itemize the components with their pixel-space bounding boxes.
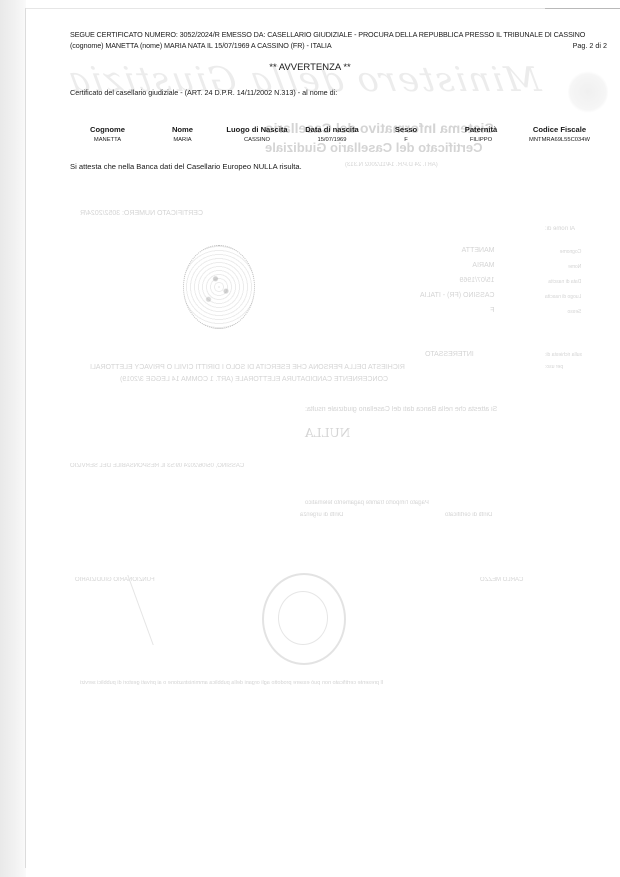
intro-text: Certificato del casellario giudiziale - … [70,88,337,97]
column-nome: Nome MARIA [165,125,200,143]
column-header: Codice Fiscale [522,125,597,134]
column-header: Nome [165,125,200,134]
column-data-nascita: Data di nascita 15/07/1969 [302,125,362,143]
ghost-notice: Il presente certificato non può essere p… [80,680,383,686]
column-header: Data di nascita [302,125,362,134]
column-value: MARIA [165,137,200,143]
ghost-per-value-1: RICHIESTA DELLA PERSONA CHE ESERCITA DI … [90,364,405,371]
column-codice-fiscale: Codice Fiscale MNTMRA69L55C034W [522,125,597,143]
ghost-cert-number: CERTIFICATO NUMERO: 3052/2024/R [80,210,203,217]
ghost-uso-value: INTERESSATO [425,351,474,358]
column-header: Paternità [461,125,501,134]
ghost-values: MANETTA MARIA 15/07/1969 CASSINO (FR) - … [420,243,495,318]
header-certificate-line: SEGUE CERTIFICATO NUMERO: 3052/2024/R EM… [70,30,585,39]
page-indicator: Pag. 2 di 2 [573,41,607,50]
ghost-per-value-2: CONCERNENTE CANDIDATURA ELETTORALE (ART.… [120,376,388,383]
header-person-line: (cognome) MANETTA (nome) MARIA NATA IL 1… [70,41,332,50]
ghost-urgenza: Diritti di urgenza [300,512,343,518]
ghost-fee-line: Pagato l'importo tramite pagamento telem… [305,500,429,506]
ghost-nulla: NULLA [305,426,350,440]
ghost-signatory-1: CARLO MEZZO [480,577,523,583]
top-mark [545,8,620,9]
column-value: 15/07/1969 [302,137,362,143]
ghost-diritti: Diritti di certificato [445,512,492,518]
column-header: Sesso [390,125,422,134]
column-paternita: Paternità FILIPPO [461,125,501,143]
column-cognome: Cognome MANETTA [85,125,130,143]
column-value: MNTMRA69L55C034W [522,137,597,143]
official-seal-icon [262,573,346,665]
ghost-attest-line: Si attesta che nella Banca dati del Case… [305,406,497,413]
scan-edge [0,0,26,877]
column-value: CASSINO [222,137,292,143]
republic-emblem-icon [568,70,608,114]
ghost-labels: Cognome Nome Data di nascita Luogo di na… [545,245,581,320]
ghost-title-3: (ART. 24 D.P.R. 14/11/2002 N.313) [345,162,438,168]
ink-stamp-icon [183,245,255,329]
ghost-al-nome-di: Al nome di: [545,226,575,232]
top-rule [26,8,620,9]
column-value: MANETTA [85,137,130,143]
ghost-footer-line: CASSINO, 05/06/2024 09:53 IL RESPONSABIL… [70,463,244,469]
ghost-title-2: Certificato del Casellario Giudiziale [265,140,482,155]
column-header: Cognome [85,125,130,134]
ghost-title-1: Sistema Informativo del Casellario [265,120,494,136]
column-value: FILIPPO [461,137,501,143]
attestation-text: Si attesta che nella Banca dati del Case… [70,162,302,171]
warning-title: ** AVVERTENZA ** [0,62,620,73]
column-luogo-nascita: Luogo di Nascita CASSINO [222,125,292,143]
column-header: Luogo di Nascita [222,125,292,134]
ghost-uso-label: sulla richiesta di: [545,352,582,358]
signature-icon [127,575,203,645]
ghost-per-label: per uso: [545,364,563,370]
column-sesso: Sesso F [390,125,422,143]
column-value: F [390,137,422,143]
